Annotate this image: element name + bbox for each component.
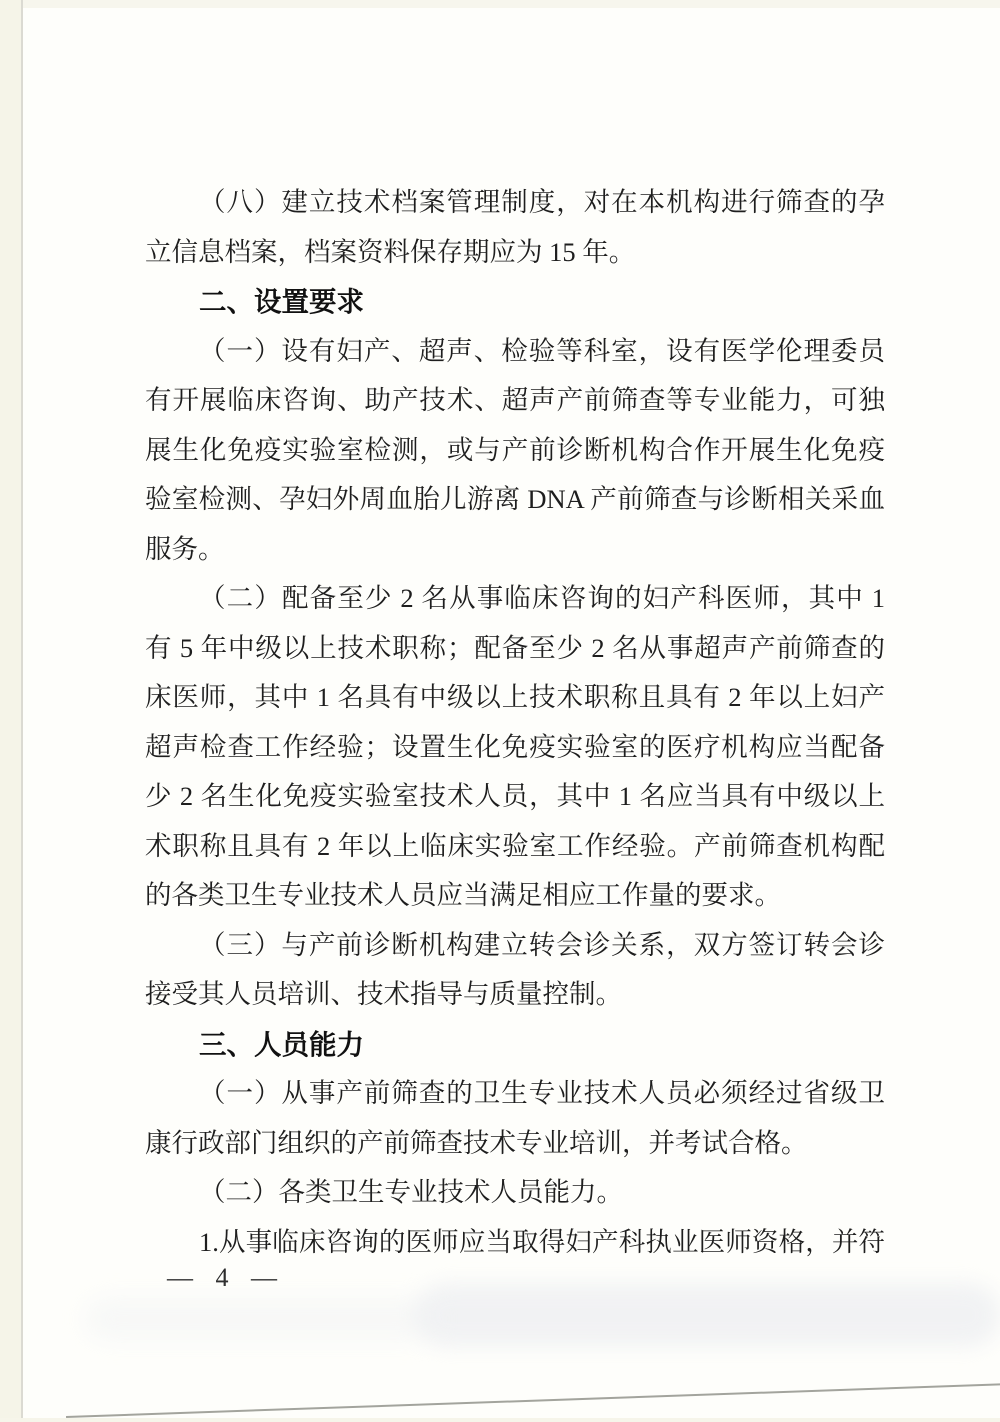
text-line: （一）设有妇产、超声、检验等科室，设有医学伦理委员会。具 [145,327,885,377]
text-line: 的各类卫生专业技术人员应当满足相应工作量的要求。 [145,871,885,921]
text-line: 立信息档案，档案资料保存期应为 15 年。 [145,228,885,278]
text-line: （一）从事产前筛查的卫生专业技术人员必须经过省级卫生健 [145,1069,885,1119]
text-line: 验室检测、孕妇外周血胎儿游离 DNA 产前筛查与诊断相关采血 [145,475,885,525]
text-line: 少 2 名生化免疫实验室技术人员，其中 1 名应当具有中级以上技 [145,772,885,822]
text-line: 有 5 年中级以上技术职称；配备至少 2 名从事超声产前筛查的临 [145,624,885,674]
text-line: （二）配备至少 2 名从事临床咨询的妇产科医师，其中 1 名具 [145,574,885,624]
scan-bottom-edge [66,1383,1000,1418]
scan-left-edge [0,0,23,1422]
scan-smudge [415,1283,1000,1347]
text-line: 术职称且具有 2 年以上临床实验室工作经验。产前筛查机构配备 [145,822,885,872]
text-line: 有开展临床咨询、助产技术、超声产前筛查等专业能力，可独立开 [145,376,885,426]
text-line: （三）与产前诊断机构建立转会诊关系，双方签订转会诊协议， [145,921,885,971]
scan-top-edge [0,0,1000,8]
text-line: 超声检查工作经验；设置生化免疫实验室的医疗机构应当配备至 [145,723,885,773]
text-line: 康行政部门组织的产前筛查技术专业培训，并考试合格。 [145,1119,885,1169]
section-heading: 三、人员能力 [145,1020,885,1070]
text-line: （八）建立技术档案管理制度，对在本机构进行筛查的孕妇建 [145,178,885,228]
scanned-page: （八）建立技术档案管理制度，对在本机构进行筛查的孕妇建立信息档案，档案资料保存期… [0,0,1000,1422]
section-heading: 二、设置要求 [145,277,885,327]
text-line: 展生化免疫实验室检测，或与产前诊断机构合作开展生化免疫实 [145,426,885,476]
text-line: 接受其人员培训、技术指导与质量控制。 [145,970,885,1020]
scan-smudge [85,1298,435,1340]
document-body: （八）建立技术档案管理制度，对在本机构进行筛查的孕妇建立信息档案，档案资料保存期… [145,178,885,1267]
text-line: 床医师，其中 1 名具有中级以上技术职称且具有 2 年以上妇产科 [145,673,885,723]
scan-bottom-strip [0,1418,1000,1422]
page-number: — 4 — [167,1258,277,1298]
text-line: （二）各类卫生专业技术人员能力。 [145,1168,885,1218]
text-line: 服务。 [145,525,885,575]
